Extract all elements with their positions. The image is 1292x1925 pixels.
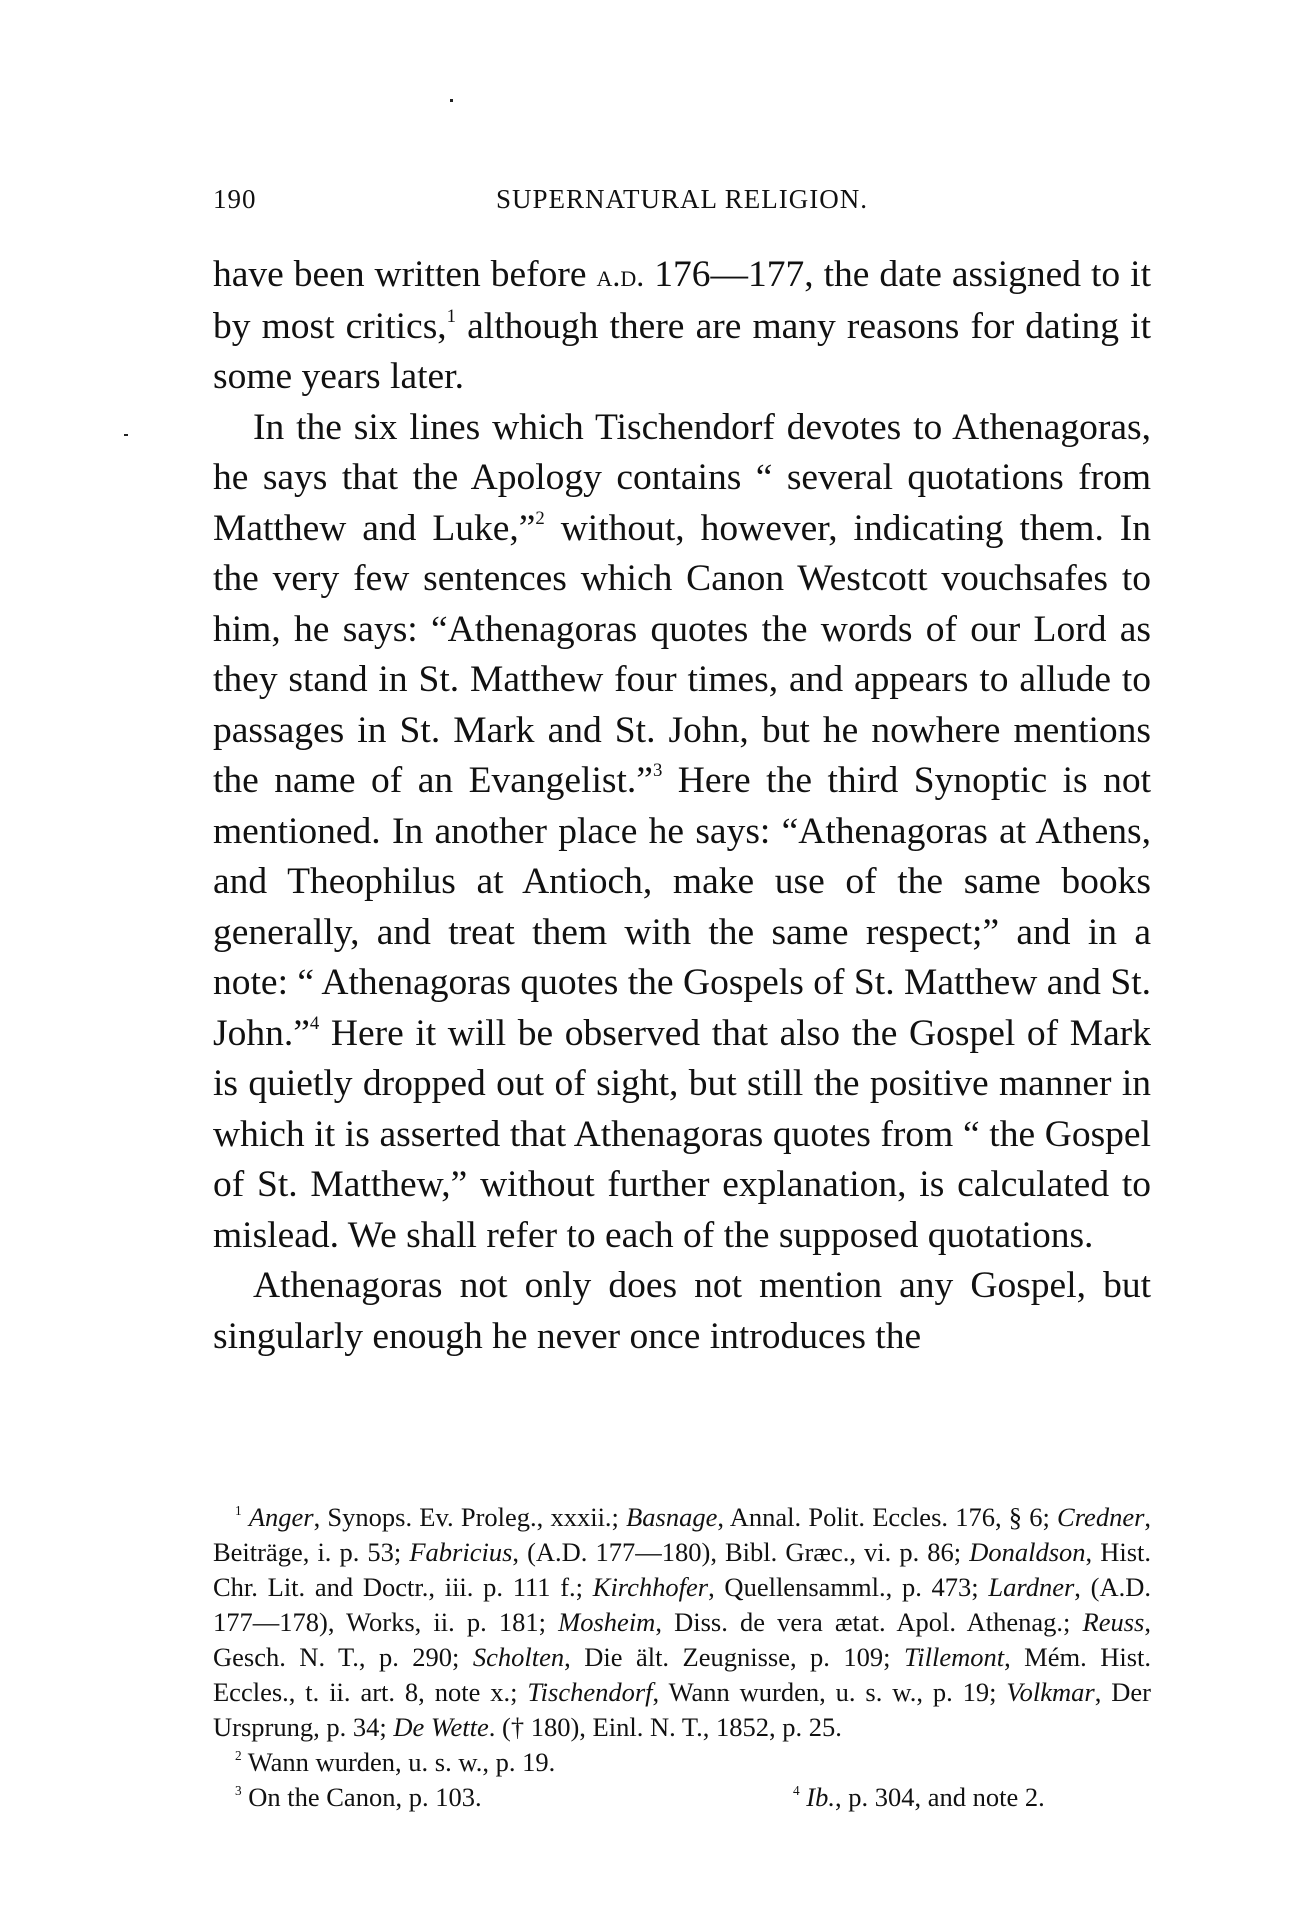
footnote-4-ibid: Ib. — [806, 1782, 835, 1812]
citation-text: , Wann wurden, u. s. w., p. 19; — [653, 1677, 1007, 1707]
footnote-ref-4[interactable]: 4 — [310, 1013, 319, 1034]
cited-author: Mosheim — [558, 1607, 655, 1637]
footnotes: 1 Anger, Synops. Ev. Proleg., xxxii.; Ba… — [213, 1500, 1151, 1815]
citation-text: , (A.D. 177—180), Bibl. Græc., vi. p. 86… — [512, 1537, 969, 1567]
footnote-1: 1 Anger, Synops. Ev. Proleg., xxxii.; Ba… — [213, 1500, 1151, 1745]
cited-author: Tischendorf — [527, 1677, 652, 1707]
paragraph-2: In the six lines which Tischendorf devot… — [213, 403, 1151, 1262]
footnote-ref-3[interactable]: 3 — [653, 760, 662, 781]
era-abbrev: a.d. — [597, 258, 645, 293]
cited-author: Lardner — [988, 1572, 1074, 1602]
text-run: Here it will be observed that also the G… — [213, 1013, 1151, 1256]
cited-author: Donaldson — [969, 1537, 1085, 1567]
footnote-2-text: Wann wurden, u. s. w., p. 19. — [248, 1747, 555, 1777]
page-header: 190 SUPERNATURAL RELIGION. — [213, 184, 1151, 224]
footnote-row: 3 On the Canon, p. 103. 4 Ib., p. 304, a… — [213, 1780, 1151, 1815]
footnote-ref-1[interactable]: 1 — [447, 306, 456, 327]
cited-author: Scholten — [473, 1642, 564, 1672]
paragraph-3: Athenagoras not only does not mention an… — [213, 1261, 1151, 1362]
cited-author: Kirchhofer — [593, 1572, 708, 1602]
citation-text: . († 180), Einl. N. T., 1852, p. 25. — [489, 1712, 842, 1742]
body-text: have been written before a.d. 176—177, t… — [213, 250, 1151, 1362]
footnote-1-content: Anger, Synops. Ev. Proleg., xxxii.; Basn… — [213, 1502, 1151, 1742]
citation-text: , Quellensamml., p. 473; — [708, 1572, 988, 1602]
print-speck — [450, 99, 453, 102]
paragraph-1: have been written before a.d. 176—177, t… — [213, 250, 1151, 403]
cited-author: De Wette — [393, 1712, 488, 1742]
footnote-marker: 1 — [235, 1503, 242, 1518]
text-run: have been written before — [213, 254, 597, 295]
footnote-ref-2[interactable]: 2 — [535, 508, 544, 529]
cited-author: Volkmar — [1006, 1677, 1094, 1707]
text-run: Athenagoras not only does not mention an… — [213, 1265, 1151, 1357]
footnote-4-text: , p. 304, and note 2. — [835, 1782, 1045, 1812]
footnote-marker: 2 — [235, 1748, 242, 1763]
print-speck — [124, 434, 128, 436]
cited-author: Basnage — [626, 1502, 717, 1532]
footnote-marker: 3 — [235, 1783, 242, 1798]
cited-author: Reuss — [1083, 1607, 1145, 1637]
running-title: SUPERNATURAL RELIGION. — [213, 184, 1151, 215]
text-run: without, however, indicating them. In th… — [213, 508, 1151, 802]
footnote-3: 3 On the Canon, p. 103. — [235, 1780, 482, 1815]
footnote-4: 4 Ib., p. 304, and note 2. — [793, 1780, 1045, 1815]
cited-author: Anger — [249, 1502, 314, 1532]
citation-text: , Synops. Ev. Proleg., xxxii.; — [314, 1502, 627, 1532]
cited-author: Fabricius — [409, 1537, 512, 1567]
citation-text: , Annal. Polit. Eccles. 176, § 6; — [717, 1502, 1057, 1532]
cited-author: Credner — [1057, 1502, 1144, 1532]
text-run: Here the third Synoptic is not mentioned… — [213, 760, 1151, 1054]
citation-text: , Die ält. Zeugnisse, p. 109; — [564, 1642, 904, 1672]
footnote-2: 2 Wann wurden, u. s. w., p. 19. — [213, 1745, 1151, 1780]
cited-author: Tillemont — [904, 1642, 1004, 1672]
citation-text: , Diss. de vera ætat. Apol. Athenag.; — [655, 1607, 1082, 1637]
footnote-3-text: On the Canon, p. 103. — [248, 1782, 481, 1812]
footnote-marker: 4 — [793, 1783, 800, 1798]
